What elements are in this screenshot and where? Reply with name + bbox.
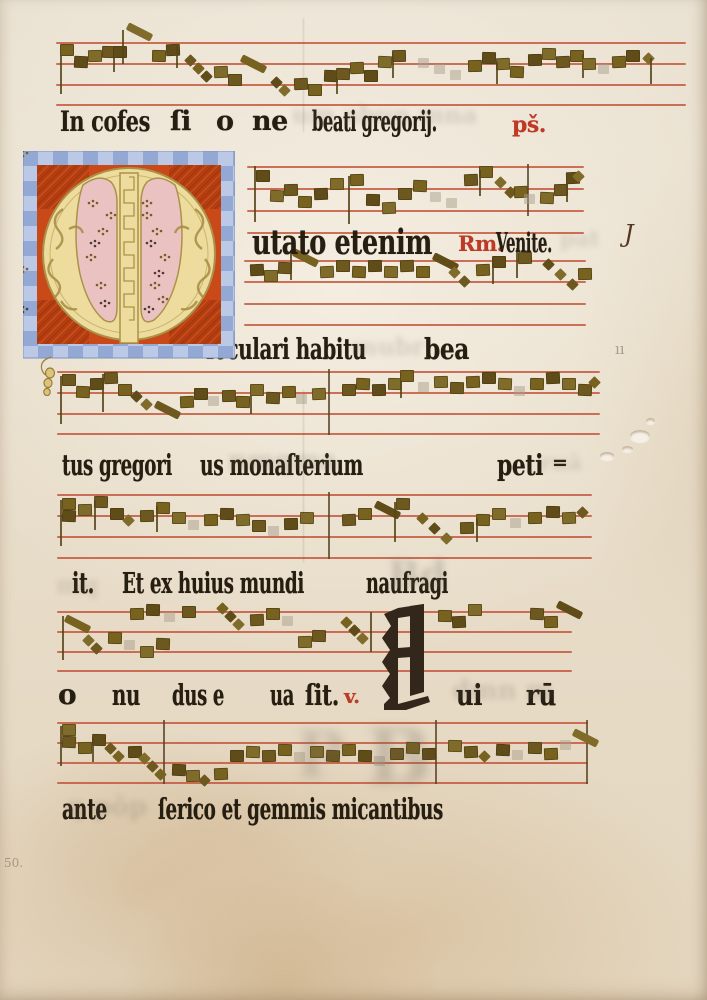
staff-line bbox=[244, 281, 586, 283]
ghost-neume bbox=[188, 520, 199, 530]
neume bbox=[468, 60, 482, 72]
neume bbox=[308, 84, 322, 96]
staff-line bbox=[56, 84, 686, 86]
neume bbox=[146, 604, 160, 616]
neume bbox=[314, 188, 328, 200]
neume bbox=[92, 734, 106, 746]
neume bbox=[492, 260, 494, 284]
neume bbox=[378, 56, 392, 68]
ghost-neume bbox=[282, 616, 293, 626]
margin-mark: J bbox=[624, 220, 634, 248]
neume bbox=[342, 514, 356, 526]
showthrough-text: q pōp bbox=[66, 792, 147, 822]
ghost-neume bbox=[268, 526, 279, 536]
ghost-neume bbox=[514, 386, 525, 396]
parchment-hole bbox=[600, 452, 614, 460]
neume bbox=[582, 58, 596, 70]
neume bbox=[298, 196, 312, 208]
neume bbox=[476, 518, 478, 542]
ghost-neume bbox=[524, 194, 535, 204]
neume bbox=[298, 636, 312, 648]
neume bbox=[140, 510, 154, 522]
neume bbox=[236, 396, 250, 408]
neume bbox=[152, 50, 166, 62]
neume bbox=[416, 266, 430, 278]
margin-mark: 50. bbox=[4, 856, 23, 870]
neume bbox=[236, 514, 250, 526]
staff-line bbox=[57, 494, 592, 496]
neume bbox=[496, 62, 498, 84]
chant-text: tus gregori bbox=[62, 448, 172, 482]
neume bbox=[450, 382, 464, 394]
tail-flourish bbox=[41, 357, 54, 396]
neume bbox=[562, 512, 576, 524]
neume bbox=[650, 58, 652, 84]
neume bbox=[250, 614, 264, 626]
neume bbox=[396, 498, 410, 510]
chant-text: nu bbox=[112, 678, 140, 712]
ghost-neume bbox=[418, 58, 429, 68]
neume bbox=[214, 768, 228, 780]
neume bbox=[336, 68, 350, 80]
neume bbox=[312, 630, 326, 642]
staff-line bbox=[57, 515, 592, 517]
neume bbox=[262, 750, 276, 762]
neume bbox=[464, 746, 478, 758]
neume bbox=[320, 266, 334, 278]
neume bbox=[350, 62, 364, 74]
chant-text: o bbox=[216, 106, 234, 137]
showthrough-text: mubr bbox=[352, 332, 424, 361]
showthrough-text: mq bbox=[56, 570, 98, 599]
neume bbox=[270, 190, 284, 202]
neume bbox=[540, 192, 554, 204]
ghost-neume bbox=[512, 750, 523, 760]
neume bbox=[413, 180, 427, 192]
neume bbox=[542, 48, 556, 60]
neume bbox=[460, 522, 474, 534]
neume bbox=[278, 744, 292, 756]
neume bbox=[122, 30, 124, 64]
neume bbox=[140, 646, 154, 658]
neume bbox=[578, 384, 592, 396]
neume bbox=[342, 384, 356, 396]
neume bbox=[438, 610, 452, 622]
neume bbox=[92, 738, 94, 762]
neume bbox=[476, 514, 490, 526]
ghost-neume bbox=[510, 518, 521, 528]
neume bbox=[400, 370, 414, 382]
showthrough-text: ruā bbox=[540, 450, 582, 476]
neume bbox=[366, 194, 380, 206]
neume bbox=[434, 376, 448, 388]
manuscript-photo: In cofesſionebeati gregorij.pš.utato ete… bbox=[0, 0, 707, 1000]
neume bbox=[214, 66, 228, 78]
neume bbox=[544, 748, 558, 760]
neume bbox=[62, 724, 76, 736]
neume bbox=[468, 604, 482, 616]
staff-line bbox=[244, 324, 586, 326]
neume bbox=[74, 56, 88, 68]
neume bbox=[452, 616, 466, 628]
neume bbox=[156, 506, 158, 532]
ghost-neume bbox=[446, 198, 457, 208]
staff-line bbox=[247, 210, 584, 212]
parchment-hole bbox=[646, 418, 655, 424]
verse-initial-A bbox=[376, 604, 430, 716]
neume bbox=[78, 742, 92, 754]
staff-line bbox=[57, 536, 592, 538]
neume bbox=[528, 54, 542, 66]
chant-text: o bbox=[58, 678, 76, 711]
neume bbox=[482, 372, 496, 384]
showthrough-text: pat bbox=[560, 226, 600, 252]
staff-divider-bar bbox=[586, 720, 588, 784]
neume bbox=[528, 512, 542, 524]
neume bbox=[62, 498, 76, 510]
margin-mark: ıı bbox=[615, 340, 625, 358]
neume bbox=[372, 384, 386, 396]
ghost-neume bbox=[598, 64, 609, 74]
neume bbox=[250, 264, 264, 276]
neume bbox=[130, 608, 144, 620]
neume bbox=[479, 170, 481, 196]
showthrough-text: Bd bbox=[388, 552, 447, 597]
neume bbox=[284, 184, 298, 196]
neume bbox=[530, 608, 544, 620]
neume bbox=[312, 388, 326, 400]
showthrough-text: dmn m bbox=[452, 676, 553, 706]
neume bbox=[546, 506, 560, 518]
neume bbox=[266, 608, 280, 620]
neume bbox=[370, 612, 372, 652]
neume bbox=[204, 514, 218, 526]
staff-line bbox=[57, 670, 572, 672]
neume bbox=[578, 268, 592, 280]
neume bbox=[166, 44, 180, 56]
neume bbox=[94, 500, 96, 530]
showthrough-text: P bbox=[296, 718, 344, 793]
neume bbox=[479, 166, 493, 178]
neume bbox=[250, 384, 264, 396]
chant-text: peti bbox=[497, 448, 543, 482]
ghost-neume bbox=[418, 382, 429, 392]
showthrough-text: B bbox=[366, 712, 432, 803]
neume bbox=[294, 78, 308, 90]
neume bbox=[182, 606, 196, 618]
neume bbox=[466, 376, 480, 388]
chant-text: Et ex huius mundi bbox=[122, 566, 304, 600]
neume bbox=[62, 510, 76, 522]
ghost-neume bbox=[124, 640, 135, 650]
neume bbox=[392, 50, 406, 62]
rubric-text: pš. bbox=[512, 112, 546, 138]
neume bbox=[60, 44, 74, 56]
chant-text: bea bbox=[424, 332, 469, 366]
neume bbox=[230, 750, 244, 762]
neume bbox=[88, 50, 102, 62]
illuminated-initial-M bbox=[23, 151, 235, 400]
neume bbox=[476, 264, 490, 276]
neume bbox=[358, 508, 372, 520]
chant-text: ua bbox=[270, 678, 294, 712]
neume bbox=[464, 174, 478, 186]
staff-line bbox=[57, 557, 592, 559]
neume bbox=[108, 632, 122, 644]
staff-divider-bar bbox=[328, 369, 330, 435]
neume bbox=[384, 266, 398, 278]
ghost-neume bbox=[430, 192, 441, 202]
staff-line bbox=[244, 303, 586, 305]
ghost-neume bbox=[164, 612, 175, 622]
staff-divider-bar bbox=[328, 492, 330, 559]
ghost-neume bbox=[560, 740, 571, 750]
chant-text: Venite. bbox=[496, 228, 552, 259]
neume bbox=[330, 178, 344, 190]
neume bbox=[352, 266, 366, 278]
ghost-neume bbox=[296, 394, 307, 404]
neume bbox=[264, 270, 278, 282]
neume bbox=[62, 736, 76, 748]
neume bbox=[252, 520, 266, 532]
chant-text: ſit. bbox=[305, 678, 339, 712]
chant-text: ne bbox=[252, 106, 288, 137]
neume bbox=[530, 378, 544, 390]
center-bar bbox=[120, 173, 138, 343]
showthrough-text: um abun mna bbox=[292, 100, 477, 129]
neume bbox=[382, 202, 396, 214]
staff-line bbox=[247, 166, 584, 168]
ghost-neume bbox=[450, 70, 461, 80]
neume bbox=[448, 740, 462, 752]
neume bbox=[364, 70, 378, 82]
neume bbox=[612, 56, 626, 68]
neume bbox=[176, 46, 178, 68]
neume bbox=[496, 744, 510, 756]
neume bbox=[544, 616, 558, 628]
neume bbox=[78, 504, 92, 516]
neume bbox=[172, 764, 186, 776]
neume bbox=[492, 508, 506, 520]
neume bbox=[562, 378, 576, 390]
neume bbox=[498, 378, 512, 390]
neume bbox=[284, 518, 298, 530]
neume bbox=[156, 502, 170, 514]
neume bbox=[220, 508, 234, 520]
neume bbox=[528, 742, 542, 754]
chant-text: ſi bbox=[170, 106, 191, 137]
neume bbox=[510, 66, 524, 78]
chant-text: utato etenim bbox=[252, 222, 432, 263]
neume bbox=[156, 638, 170, 650]
neume bbox=[266, 392, 280, 404]
neume bbox=[246, 746, 260, 758]
neume bbox=[350, 174, 364, 186]
chant-text: dus e bbox=[172, 678, 224, 712]
neume bbox=[113, 46, 127, 58]
neume bbox=[356, 378, 370, 390]
parchment-hole bbox=[630, 430, 650, 442]
neume bbox=[626, 50, 640, 62]
neume bbox=[392, 54, 394, 78]
neume bbox=[110, 508, 124, 520]
staff-line bbox=[56, 42, 686, 44]
neume bbox=[482, 52, 496, 64]
neume bbox=[256, 170, 270, 182]
showthrough-text: nmqma bbox=[228, 446, 337, 476]
neume bbox=[172, 512, 186, 524]
neume bbox=[556, 56, 570, 68]
ghost-neume bbox=[434, 64, 445, 74]
chant-text: In cofes bbox=[60, 106, 150, 138]
neume bbox=[398, 188, 412, 200]
neume bbox=[94, 496, 108, 508]
neume bbox=[62, 616, 64, 660]
neume bbox=[228, 74, 242, 86]
neume bbox=[282, 386, 296, 398]
rubric-text: v. bbox=[344, 684, 360, 708]
staff-line bbox=[57, 651, 572, 653]
neume bbox=[546, 372, 560, 384]
parchment-hole bbox=[622, 446, 633, 452]
